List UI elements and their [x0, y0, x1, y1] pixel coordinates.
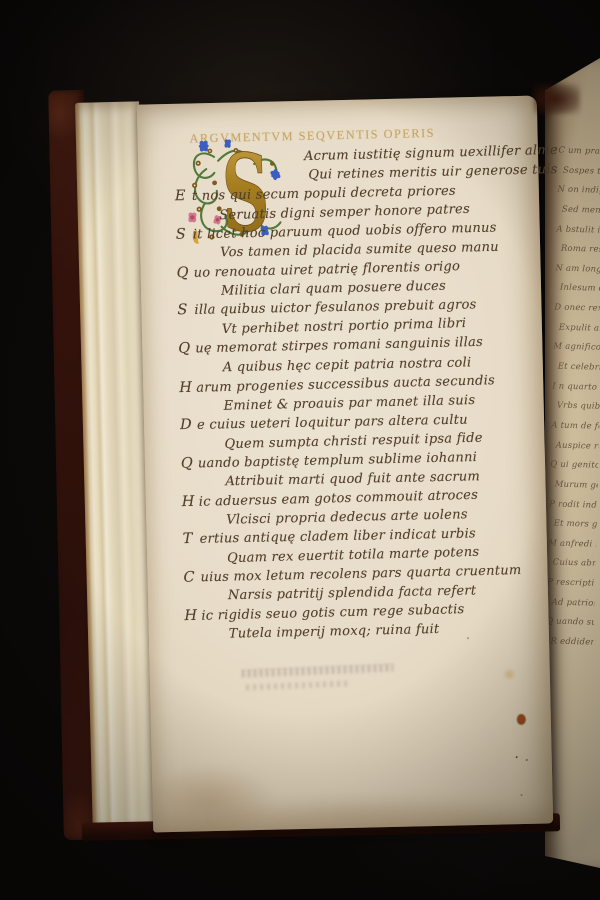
- photo-background: C um prauis immSospes tradideN on indign…: [0, 0, 600, 900]
- verse-initial-capital: S: [176, 226, 187, 245]
- stain-spot: [517, 714, 526, 725]
- facing-page-text-fragment: D onec rex ma: [547, 298, 600, 319]
- facing-page-text: C um prauis immSospes tradideN on indign…: [545, 141, 600, 653]
- verse-initial-capital: D: [180, 416, 191, 435]
- verse-initial-capital: C: [183, 568, 194, 587]
- facing-page-text-fragment: Sed mens inst: [550, 200, 600, 221]
- facing-page-text-fragment: P rescripti cuu: [545, 573, 595, 594]
- facing-page-text-fragment: A tum de fesul: [545, 416, 599, 437]
- facing-page-text-fragment: M anfredi mole: [545, 534, 596, 555]
- facing-page-text-fragment: Vrbs quibus: [545, 397, 600, 418]
- verse-initial-capital: H: [179, 378, 190, 397]
- facing-page-text-fragment: Et celebri: [546, 357, 600, 378]
- facing-page-text-fragment: N am longobard: [548, 259, 600, 280]
- facing-page-text-fragment: R eddiderit ex: [545, 632, 594, 653]
- facing-page-text-fragment: Murum gest: [545, 475, 598, 496]
- stain-spot-faint: [503, 668, 516, 680]
- facing-page-text-fragment: A bstulit ingra: [549, 220, 600, 241]
- facing-page-text-fragment: Et mors gust: [545, 514, 597, 535]
- facing-page-text-fragment: Inlesum den: [548, 279, 600, 300]
- facing-page-text-fragment: Auspice repe: [545, 436, 599, 457]
- verse-initial-capital: T: [182, 530, 193, 549]
- facing-page-text-fragment: Sospes tradide: [551, 161, 600, 182]
- manuscript-page: ARGVMENTVM SEQVENTIS OPERIS: [137, 96, 553, 833]
- facing-page: C um prauis immSospes tradideN on indign…: [545, 58, 600, 868]
- verse-initial-capital: H: [184, 607, 195, 626]
- faded-stamp-smudge: [241, 664, 394, 700]
- verse-initial-capital: E: [175, 187, 186, 206]
- facing-page-text-fragment: Expulit an: [547, 318, 600, 339]
- facing-page-text-fragment: Ad patrios mo: [545, 593, 595, 614]
- verse-text-block: Acrum iustitię signum uexillifer almeQui…: [138, 142, 549, 646]
- facing-page-text-fragment: M agnifico fun: [546, 338, 600, 359]
- facing-page-text-fragment: I n quarto pros: [545, 377, 600, 398]
- facing-page-text-fragment: N on indigne fe: [550, 181, 600, 202]
- gutter-binding-shadow: [534, 84, 580, 114]
- verse-initial-capital: Q: [181, 454, 192, 473]
- facing-page-text-fragment: Roma resurg: [549, 240, 600, 261]
- verse-initial-capital: H: [182, 493, 193, 512]
- verse-initial-capital: S: [177, 301, 188, 320]
- facing-page-text-fragment: Cuius abnoce: [545, 554, 596, 575]
- facing-page-text-fragment: C um prauis imm: [551, 141, 600, 162]
- verse-initial-capital: Q: [176, 264, 187, 283]
- verse-initial-capital: Q: [178, 340, 189, 359]
- facing-page-text-fragment: Q uando suenu: [545, 613, 594, 634]
- facing-page-text-fragment: Q ui genitore p: [545, 456, 598, 477]
- dirt-specks: [516, 756, 518, 758]
- facing-page-text-fragment: P rodit inde f: [545, 495, 597, 516]
